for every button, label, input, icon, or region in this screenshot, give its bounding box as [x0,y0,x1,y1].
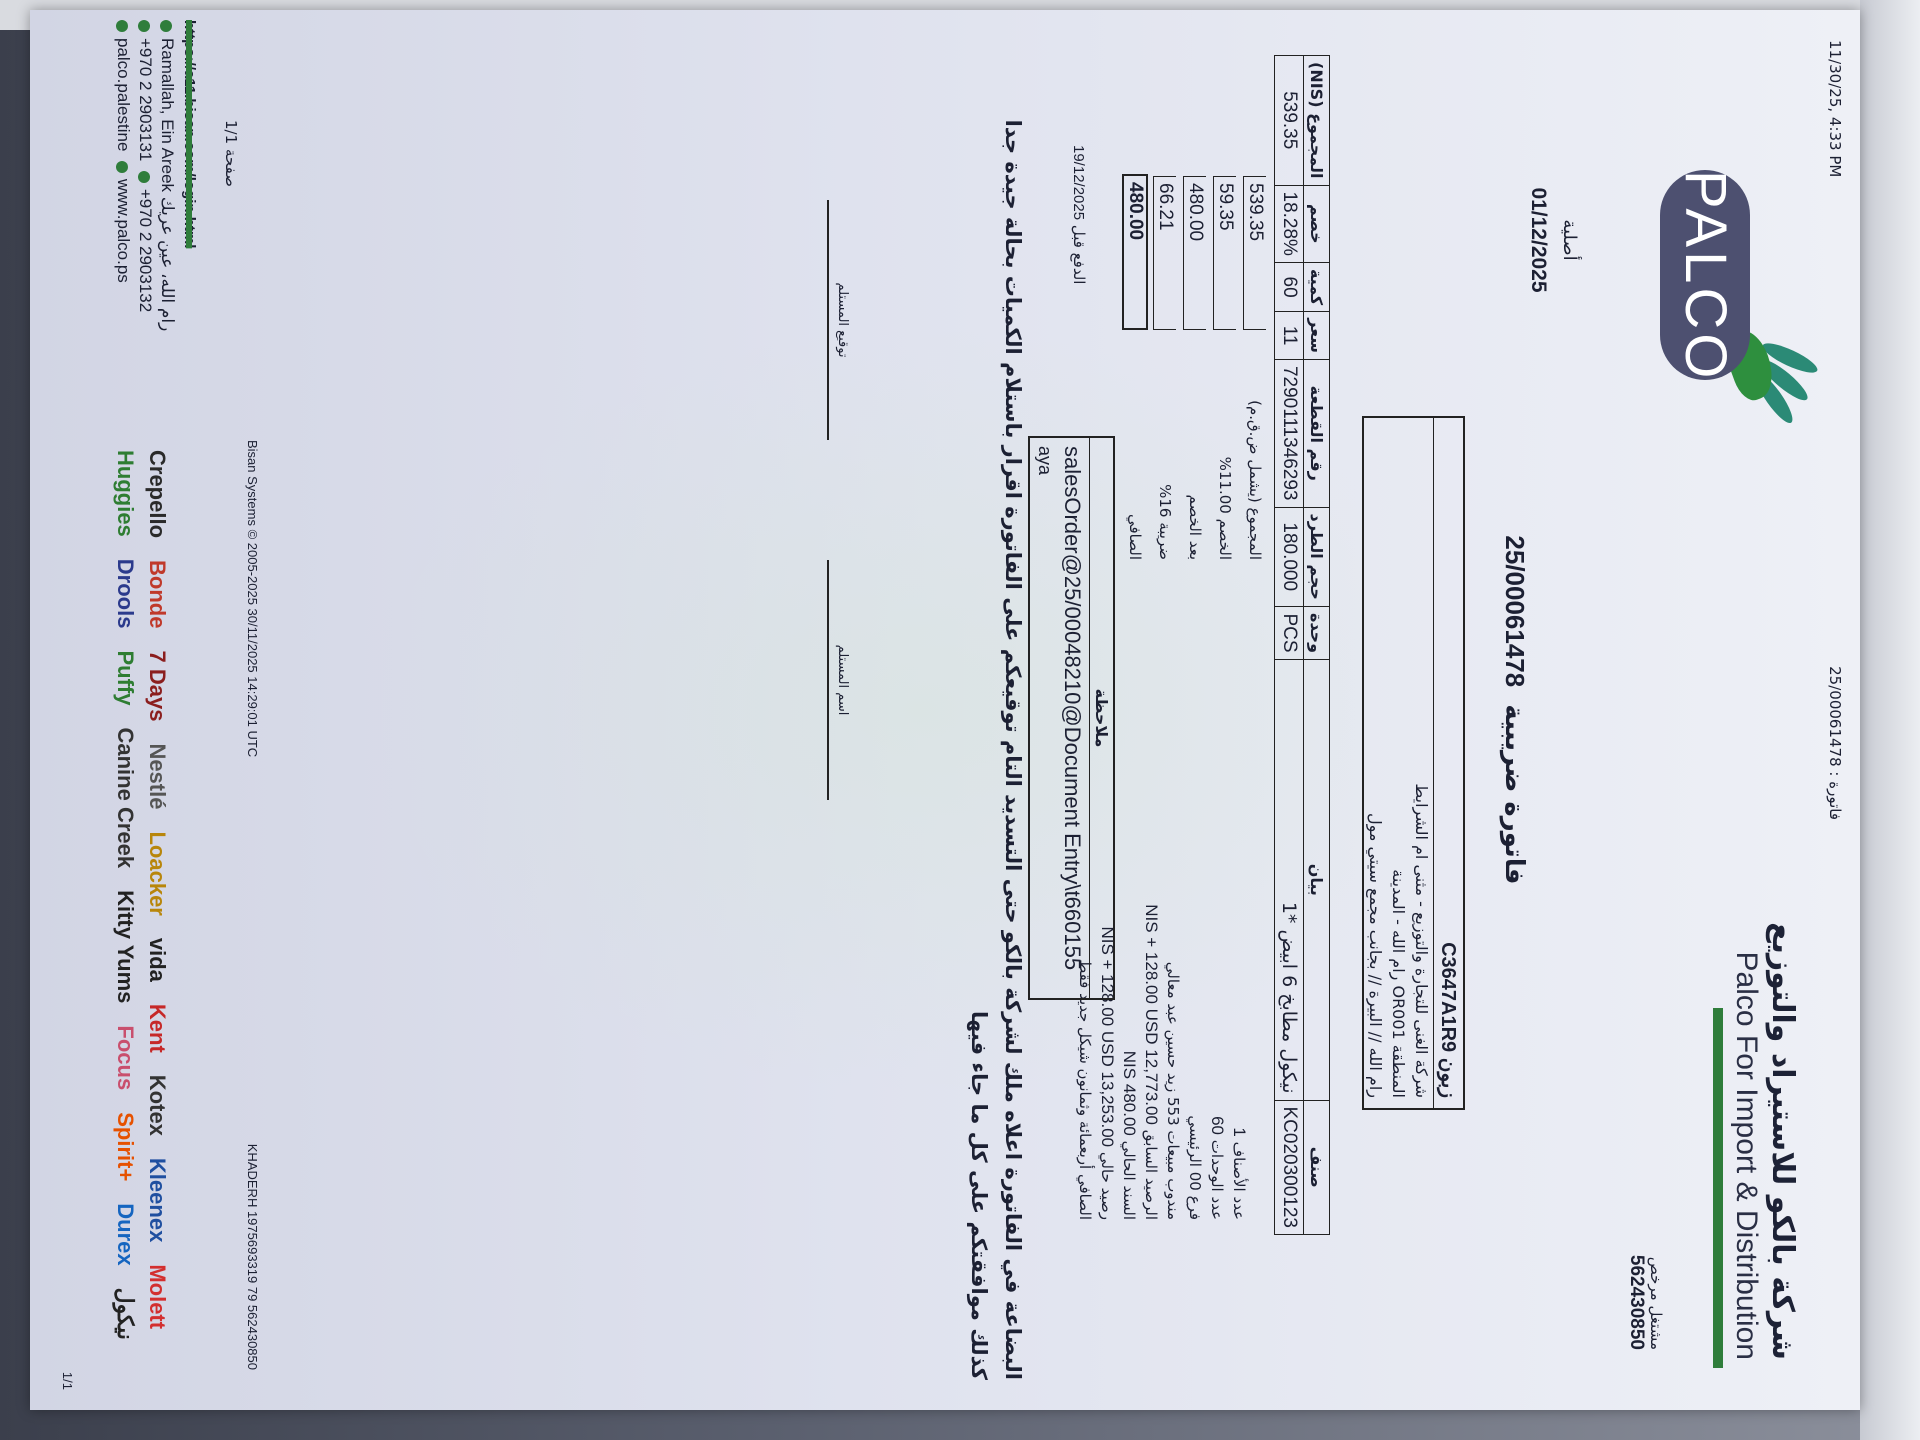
globe-icon [116,161,128,173]
customer-box: زبون C3647A1R9 شركة الغنى للتجارة والتوز… [1362,416,1465,1110]
brand-logo: Huggies [112,450,138,537]
cell-description: نيكول مطابخ 6 ابيض *1 [1275,660,1304,1100]
page-number: صفحة 1/1 [222,120,240,187]
cell-barcode: 7290111346293 [1275,359,1304,507]
label: مندوب مبيعات [1164,1130,1182,1220]
table-row: KC020300123 نيكول مطابخ 6 ابيض *1 PCS 18… [1275,56,1304,1235]
cell-total: 539.35 [1275,56,1304,186]
document-kind: أصلية [1559,160,1580,320]
print-header: 11/30/25, 4:33 PM فاتورة : 25/00061478 [1820,40,1844,1380]
phone-2: +970 2 2903132 [136,189,155,312]
value: 480.00 NIS [1120,1051,1139,1136]
cell-unit: PCS [1275,606,1304,659]
col-description: بيان [1304,660,1330,1100]
customer-address: رام الله // البيرة // بجانب مجمع سيتي مو… [1364,418,1387,1108]
customer-label: زبون [1437,1058,1459,1098]
receiver-name-line: اسم المستلم [827,560,850,800]
brand-logo: Kitty Yums [112,890,138,1003]
print-url: https://a11.bisan.com/login.html [178,20,200,440]
user-reference: KHADERH 1975693319 79 562430850 [245,1144,260,1370]
value: 12,773.00 NIS + 128.00 USD [1142,904,1161,1125]
contact-web: palco.palestine www.palco.ps [112,20,134,440]
brand-logo: 7 Days [144,650,170,721]
label: المجموع (يشمل ض.ق.م) [1246,330,1264,560]
summary-prev-balance: الرصيد السابق 12,773.00 NIS + 128.00 USD [1140,660,1162,1220]
totals-block: المجموع (يشمل ض.ق.م)539.35 الخصم 11.00%5… [1120,140,1270,560]
summary-salesman: مندوب مبيعات 553 زيد حسين عبد معالي [1162,660,1184,1220]
notes-text: salesOrder@25/00048210@Document Entry\t6… [1055,438,1089,998]
palco-logo: PALCO [1590,150,1810,410]
invoice-title-label: فاتورة ضريبية [1499,704,1529,884]
brand-logo: vida [144,938,170,982]
cell-qty: 60 [1275,262,1304,311]
value: 00 الرئيسي [1186,1115,1204,1190]
value: 66.21 [1154,176,1177,330]
col-barcode: رقم القطعة [1304,359,1330,507]
label: الصافي [1126,330,1144,560]
bisan-credit: Bisan Systems © 2005-2025 30/11/2025 14:… [245,440,260,757]
license-number: 562430850 [1625,1255,1647,1350]
print-timestamp: 11/30/25, 4:33 PM [1826,40,1844,177]
label: عدد الأصناف [1230,1142,1248,1220]
col-price: سعر [1304,312,1330,360]
col-sku: صنف [1304,1100,1330,1235]
total-row-after-discount: بعد الخصم480.00 [1180,140,1210,560]
customer-region: المنطقة OR001 رام الله - المدينة [1387,418,1410,1108]
brand-logos: Crepello Bonde 7 Days Nestlé Loacker vid… [50,450,170,1390]
receiver-signature-line: توقيع المستلم [827,200,850,440]
total-row-tax: ضريبة 16%66.21 [1150,140,1180,560]
brand-logo: Kotex [144,1075,170,1136]
invoice-title: فاتورة ضريبية 25/00061478 [1499,10,1530,1410]
brand-logo: Puffy [112,650,138,705]
contact-address: Ramallah, Ein Areek رام الله، عين عريك [156,20,178,440]
notes-box: ملاحظة salesOrder@25/00048210@Document E… [1028,436,1115,1000]
brand-logo: نيكول [112,1288,138,1340]
label: الخصم 11.00% [1216,330,1234,560]
invoice-number: 25/00061478 [1499,535,1530,687]
due-date: الدفع قبل 19/12/2025 [1070,145,1088,284]
license-block: مشتغل مرخص 562430850 [1625,1255,1665,1350]
cell-sku: KC020300123 [1275,1100,1304,1235]
total-row-gross: المجموع (يشمل ض.ق.م)539.35 [1240,140,1270,560]
label: ضريبة 16% [1156,330,1174,560]
contact-block: https://a11.bisan.com/login.html Ramalla… [112,20,200,440]
brand-logo: Spirit+ [112,1112,138,1181]
company-name-en: Palco For Import & Distribution [1729,800,1763,1360]
value: 60 [1208,1116,1227,1135]
phone-icon [138,20,150,32]
summary-units-count: عدد الوحدات 60 [1206,660,1228,1220]
brand-logo: Loacker [144,831,170,915]
value: 480.00 [1184,176,1207,330]
due-value: 19/12/2025 [1070,145,1087,220]
label: رصيد حالي [1098,1152,1116,1220]
brand-logo: Crepello [144,450,170,538]
summary-current-doc: السند الحالي 480.00 NIS [1118,660,1140,1220]
label: الصافي [1076,1174,1094,1220]
social-handle: palco.palestine [114,38,133,151]
brand-logo: Focus [112,1025,138,1090]
brand-logo: Kent [144,1004,170,1053]
summary-items-count: عدد الأصناف 1 [1228,660,1250,1220]
col-pack-size: حجم الطرد [1304,507,1330,606]
website: www.palco.ps [114,179,133,283]
brand-logo: Nestlé [144,743,170,809]
contact-phones: +970 2 2903131 +970 2 2903132 [134,20,156,440]
col-qty: كمية [1304,262,1330,311]
value: 1 [1230,1127,1249,1136]
cell-pack-size: 180.000 [1275,507,1304,606]
label: عدد الوحدات [1208,1140,1226,1220]
phone-1: +970 2 2903131 [136,38,155,161]
customer-name: شركة الغنى للتجارة والتوزيع - مثنى ام ال… [1410,418,1433,1108]
total-row-discount: الخصم 11.00%59.35 [1210,140,1240,560]
notes-user: aya [1030,438,1055,998]
col-unit: وحدة [1304,606,1330,659]
brand-logo: Molett [144,1264,170,1329]
fax-icon [138,171,150,183]
col-total: المجموع (NIS) [1304,56,1330,186]
address-text: Ramallah, Ein Areek رام الله، عين عريك [158,38,177,331]
location-icon [160,20,172,32]
license-label: مشتغل مرخص [1647,1255,1665,1350]
label: فرع [1186,1196,1204,1220]
value: 539.35 [1244,176,1267,330]
company-header: شركة بالكو للاستيراد والتوزيع Palco For … [1713,800,1800,1360]
customer-code: C3647A1R9 [1437,942,1459,1052]
brand-logo: Drools [112,559,138,629]
ownership-declaration: البضاعة في الفاتورة اعلاه ملك لشركة بالك… [962,70,1030,1380]
total-row-net: الصافي480.00 [1120,140,1150,560]
company-name-ar: شركة بالكو للاستيراد والتوزيع [1765,800,1800,1360]
brand-bar [1713,1008,1723,1368]
facebook-icon [116,20,128,32]
col-discount: خصم [1304,185,1330,262]
notes-label: ملاحظة [1089,438,1113,998]
brand-logo: Kleenex [144,1158,170,1242]
label: بعد الخصم [1186,330,1204,560]
brand-logo: Bonde [144,560,170,628]
customer-code-row: زبون C3647A1R9 [1433,418,1463,1108]
cell-price: 11 [1275,312,1304,360]
summary-branch: فرع 00 الرئيسي [1184,660,1206,1220]
items-table: صنف بيان وحدة حجم الطرد رقم القطعة سعر ك… [1274,55,1330,1235]
value: 59.35 [1214,176,1237,330]
table-header-row: صنف بيان وحدة حجم الطرد رقم القطعة سعر ك… [1304,56,1330,1235]
value: 480.00 [1122,174,1148,330]
label: الرصيد السابق [1142,1130,1160,1220]
due-label: الدفع قبل [1070,225,1088,285]
cell-discount: 18.28% [1275,185,1304,262]
brand-logo: Durex [112,1203,138,1265]
logo-wordmark: PALCO [1660,170,1750,380]
background-surface [1860,0,1920,1440]
label: السند الحالي [1120,1141,1138,1220]
value: 553 زيد حسين عبد معالي [1164,962,1182,1126]
print-invoice-ref: فاتورة : 25/00061478 [1826,666,1844,820]
invoice-page: 11/30/25, 4:33 PM فاتورة : 25/00061478 ش… [30,10,1860,1410]
page-count: 1/1 [60,1372,75,1390]
brand-logo: Canine Creek [112,727,138,868]
